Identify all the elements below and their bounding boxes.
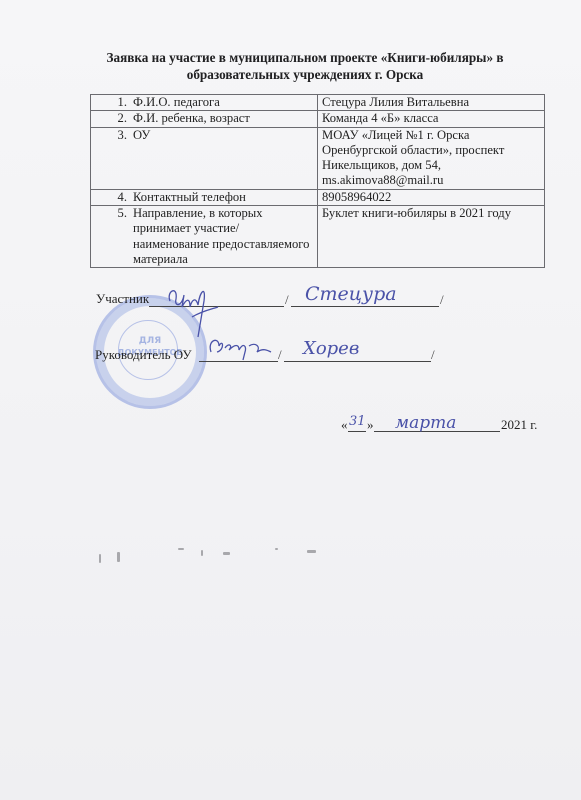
slash-separator: / (278, 347, 282, 363)
participant-name-line (291, 306, 439, 307)
row-number: 4. (95, 190, 133, 205)
date-year: 2021 г. (501, 417, 537, 433)
document-page: Заявка на участие в муниципальном проект… (0, 0, 581, 800)
row-label: Контактный телефон (133, 190, 314, 205)
row-label: Ф.И.О. педагога (133, 95, 314, 110)
date-close-quote: » (367, 417, 374, 433)
date-month: марта (395, 413, 456, 433)
row-label: ОУ (133, 128, 314, 143)
head-name-line (284, 361, 431, 362)
row-value: Буклет книги-юбиляры в 2021 году (318, 206, 545, 268)
row-label: Ф.И. ребенка, возраст (133, 111, 314, 126)
row-label-cell: 3.ОУ (91, 127, 318, 189)
table-row: 2.Ф.И. ребенка, возраст Команда 4 «Б» кл… (91, 111, 545, 127)
table-row: 3.ОУ МОАУ «Лицей №1 г. Орска Оренбургско… (91, 127, 545, 189)
table-row: 1.Ф.И.О. педагога Стецура Лилия Витальев… (91, 95, 545, 111)
row-number: 5. (95, 206, 133, 267)
title-line-2: образовательных учреждениях г. Орска (60, 66, 550, 83)
scan-artifacts (95, 548, 345, 568)
participant-handwritten-name: Стецура (305, 283, 397, 305)
date-day-line (348, 431, 366, 432)
row-value: Стецура Лилия Витальевна (318, 95, 545, 111)
participant-label: Участник (96, 291, 149, 307)
row-value: Команда 4 «Б» класса (318, 111, 545, 127)
row-label-cell: 4.Контактный телефон (91, 189, 318, 205)
title-line-1: Заявка на участие в муниципальном проект… (60, 49, 550, 66)
slash-separator: / (431, 347, 435, 363)
row-label-cell: 2.Ф.И. ребенка, возраст (91, 111, 318, 127)
table-row: 4.Контактный телефон 89058964022 (91, 189, 545, 205)
head-label: Руководитель ОУ (95, 347, 192, 363)
row-label: Направление, в которых принимает участие… (133, 206, 314, 267)
row-value: МОАУ «Лицей №1 г. Орска Оренбургской обл… (318, 127, 545, 189)
row-label-cell: 1.Ф.И.О. педагога (91, 95, 318, 111)
row-number: 1. (95, 95, 133, 110)
row-number: 3. (95, 128, 133, 143)
slash-separator: / (285, 292, 289, 308)
row-value: 89058964022 (318, 189, 545, 205)
row-number: 2. (95, 111, 133, 126)
date-day: 31 (349, 414, 366, 429)
head-signature-scribble (205, 332, 275, 362)
row-label-cell: 5.Направление, в которых принимает участ… (91, 206, 318, 268)
table-row: 5.Направление, в которых принимает участ… (91, 206, 545, 268)
slash-separator: / (440, 292, 444, 308)
date-open-quote: « (341, 417, 348, 433)
document-title: Заявка на участие в муниципальном проект… (60, 49, 550, 83)
application-table: 1.Ф.И.О. педагога Стецура Лилия Витальев… (90, 94, 545, 268)
head-handwritten-name: Хорев (303, 338, 359, 359)
